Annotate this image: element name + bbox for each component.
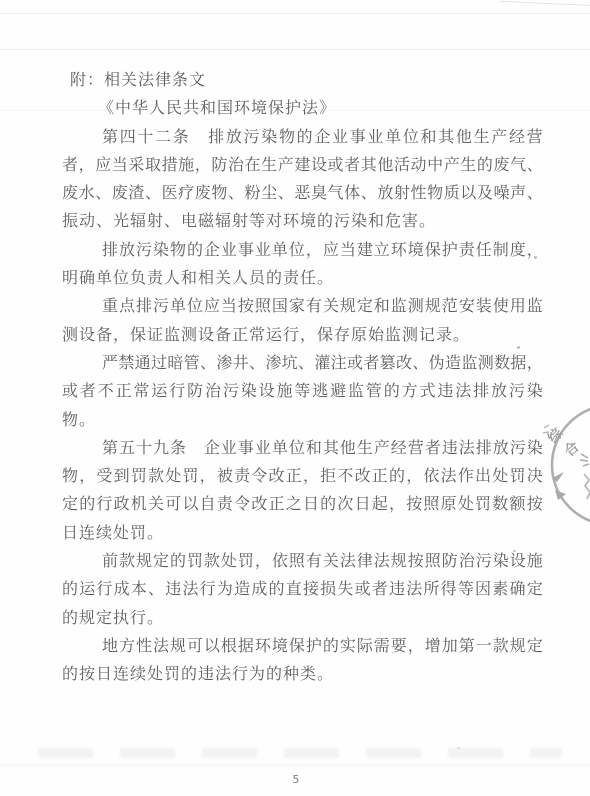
- page-number: 5: [284, 773, 308, 786]
- paragraph: 第四十二条 排放污染物的企业事业单位和其他生产经营 者，应当采取措施，防治在生产…: [62, 124, 543, 237]
- text-line: 附：相关法律条文: [62, 67, 543, 95]
- text-line: 物。: [62, 407, 543, 435]
- partial-circular-stamp: 综 合: [540, 396, 590, 546]
- scan-speck: [517, 346, 520, 349]
- paragraph: 附：相关法律条文: [62, 67, 543, 95]
- stamp-mark-triangle: [555, 490, 566, 500]
- text-line: 明确单位负责人和相关人员的责任。: [62, 265, 543, 293]
- text-line: 的运行成本、违法行为造成的直接损失或者违法所得等因素确定: [62, 576, 543, 604]
- paragraph: 地方性法规可以根据环境保护的实际需要，增加第一款规定 的按日连续处罚的违法行为的…: [62, 633, 543, 690]
- text-line: 地方性法规可以根据环境保护的实际需要，增加第一款规定: [62, 633, 543, 661]
- document-scan-page: 附：相关法律条文 《中华人民共和国环境保护法》 第四十二条 排放污染物的企业事业…: [0, 0, 590, 796]
- text-line: 排放污染物的企业事业单位，应当建立环境保护责任制度，: [62, 237, 543, 265]
- text-line: 日连续处罚。: [62, 520, 543, 548]
- text-line: 重点排污单位应当按照国家有关规定和监测规范安装使用监: [62, 293, 543, 321]
- text-line: 物，受到罚款处罚，被责令改正，拒不改正的，依法作出处罚决: [62, 463, 543, 491]
- stamp-clipped-glyph: [580, 454, 589, 466]
- text-line: 的规定执行。: [62, 605, 543, 633]
- law-title-line: 《中华人民共和国环境保护法》: [62, 95, 543, 123]
- scan-speck: [457, 747, 460, 749]
- stamp-clipped-glyph: [584, 474, 590, 499]
- scan-speck: [534, 256, 537, 259]
- paragraph: 排放污染物的企业事业单位，应当建立环境保护责任制度， 明确单位负责人和相关人员的…: [62, 237, 543, 294]
- paragraph: 《中华人民共和国环境保护法》: [62, 95, 543, 123]
- text-line: 者，应当采取措施，防治在生产建设或者其他活动中产生的废气、: [62, 152, 543, 180]
- paragraph: 第五十九条 企业事业单位和其他生产经营者违法排放污染 物，受到罚款处罚，被责令改…: [62, 435, 543, 548]
- text-line: 第四十二条 排放污染物的企业事业单位和其他生产经营: [62, 124, 543, 152]
- scan-speck: [513, 550, 516, 552]
- scan-artifact-line: [0, 764, 590, 766]
- text-line: 振动、光辐射、电磁辐射等对环境的污染和危害。: [62, 208, 543, 236]
- paragraph: 重点排污单位应当按照国家有关规定和监测规范安装使用监 测设备，保证监测设备正常运…: [62, 293, 543, 350]
- text-line: 严禁通过暗管、渗井、渗坑、灌注或者篡改、伪造监测数据，: [62, 350, 543, 378]
- text-line: 或者不正常运行防治污染设施等逃避监管的方式违法排放污染: [62, 378, 543, 406]
- stamp-character: 合: [561, 438, 583, 460]
- text-line: 第五十九条 企业事业单位和其他生产经营者违法排放污染: [62, 435, 543, 463]
- text-line: 废水、废渣、医疗废物、粉尘、恶臭气体、放射性物质以及噪声、: [62, 180, 543, 208]
- text-line: 测设备，保证监测设备正常运行，保存原始监测记录。: [62, 322, 543, 350]
- paragraph: 严禁通过暗管、渗井、渗坑、灌注或者篡改、伪造监测数据， 或者不正常运行防治污染设…: [62, 350, 543, 435]
- scan-artifact-line: [0, 13, 590, 14]
- text-line: 前款规定的罚款处罚，依照有关法律法规按照防治污染设施: [62, 548, 543, 576]
- text-line: 的按日连续处罚的违法行为的种类。: [62, 661, 543, 689]
- scan-artifact-band: [38, 748, 562, 758]
- scan-artifact-diagonal: [500, 1, 590, 6]
- document-body: 附：相关法律条文 《中华人民共和国环境保护法》 第四十二条 排放污染物的企业事业…: [62, 67, 543, 690]
- stamp-faint-glyph: [543, 425, 549, 433]
- scan-artifact-line: [0, 49, 590, 50]
- text-line: 定的行政机关可以自责令改正之日的次日起，按照原处罚数额按: [62, 491, 543, 519]
- paragraph: 前款规定的罚款处罚，依照有关法律法规按照防治污染设施 的运行成本、违法行为造成的…: [62, 548, 543, 633]
